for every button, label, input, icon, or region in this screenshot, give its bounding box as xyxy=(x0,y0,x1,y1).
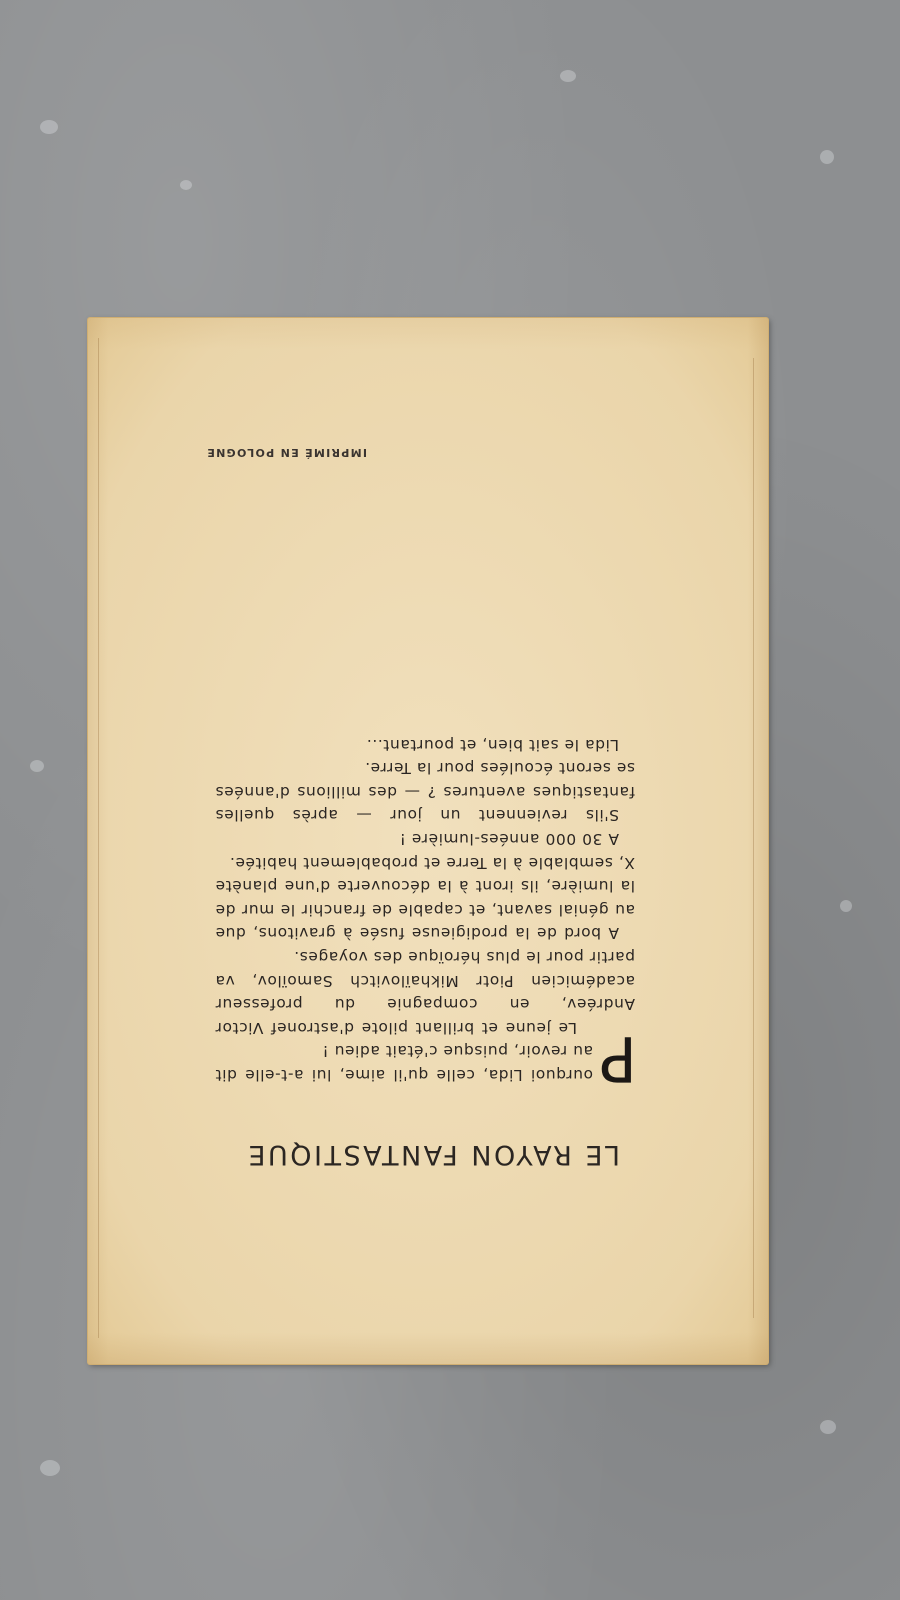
book-title: LE RAYON FANTASTIQUE xyxy=(220,1139,620,1170)
blurb-paragraph: Le jeune et brillant pilote d'astronef V… xyxy=(215,944,635,1038)
drop-cap: P xyxy=(599,1032,637,1084)
blurb-paragraph: ourquoi Lida, celle qu'il aime, lui a-t-… xyxy=(215,1042,593,1084)
surface-speck xyxy=(820,150,834,164)
surface-speck xyxy=(30,760,44,772)
cover-content-rotated: LE RAYON FANTASTIQUE P ourquoi Lida, cel… xyxy=(88,318,768,1364)
blurb-paragraph: S'ils reviennent un jour — après quelles… xyxy=(215,756,635,827)
surface-speck xyxy=(840,900,852,912)
surface-speck xyxy=(40,1460,60,1476)
blurb-paragraph: A bord de la prodigieuse fusée à gravito… xyxy=(215,850,635,944)
surface-speck xyxy=(820,1420,836,1434)
blurb-paragraph: Lida le sait bien, et pourtant... xyxy=(215,732,635,756)
surface-speck xyxy=(560,70,576,82)
blurb-paragraph: A 30 000 années-lumière ! xyxy=(215,826,635,850)
imprint-text: IMPRIMÉ EN POLOGNE xyxy=(206,446,367,459)
blurb-text: P ourquoi Lida, celle qu'il aime, lui a-… xyxy=(215,732,635,1086)
surface-speck xyxy=(180,180,192,190)
book-back-cover: LE RAYON FANTASTIQUE P ourquoi Lida, cel… xyxy=(88,318,768,1364)
surface-speck xyxy=(40,120,58,134)
